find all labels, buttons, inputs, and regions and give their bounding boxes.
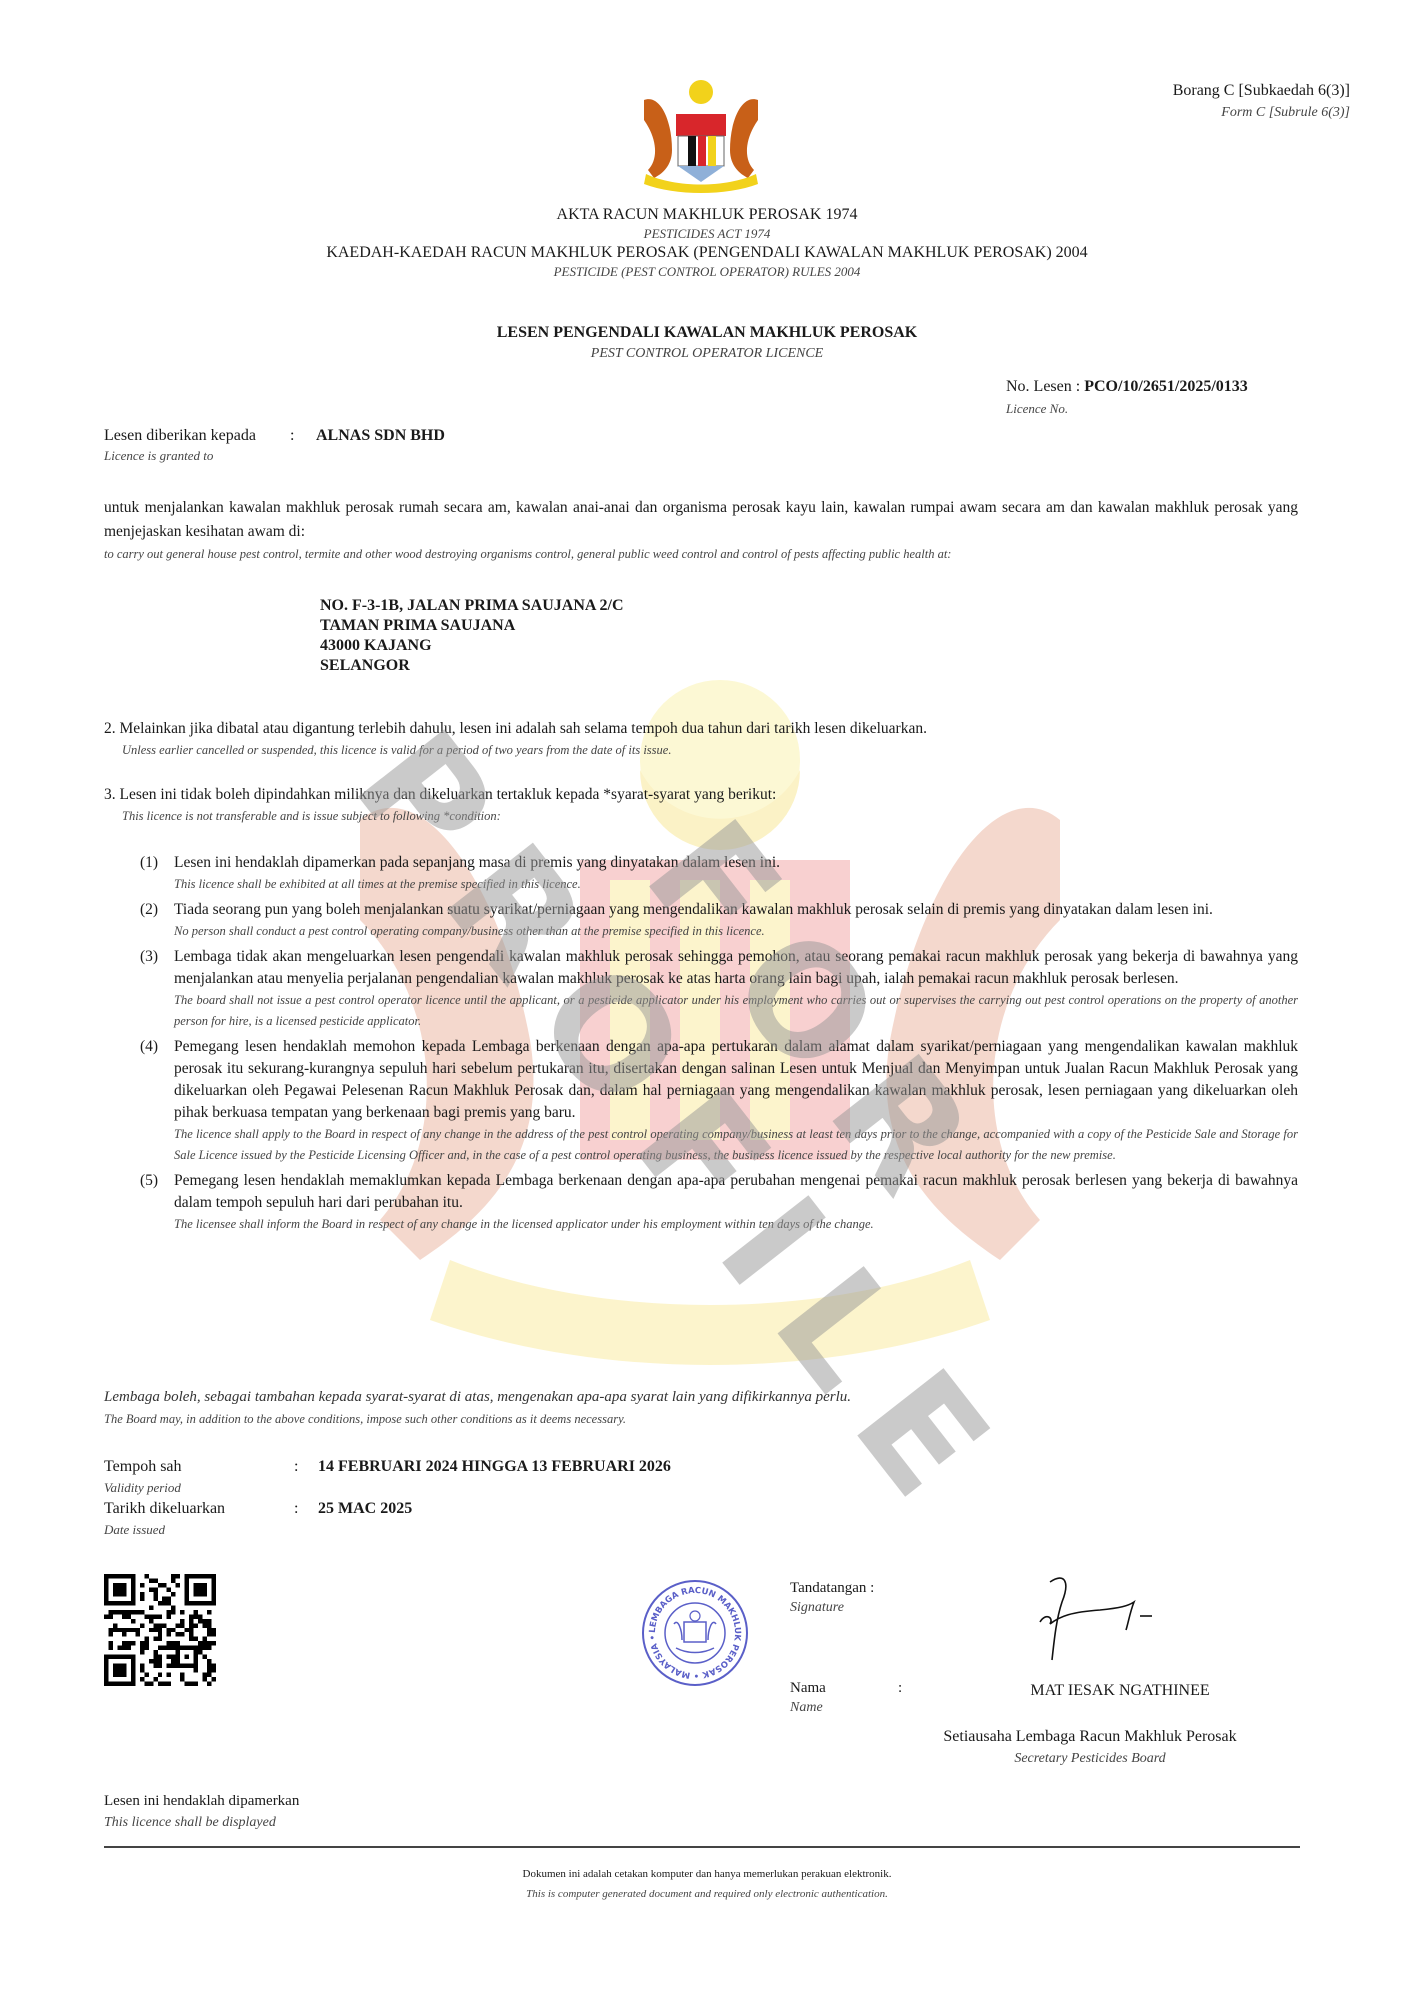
clause-2: 2. Melainkan jika dibatal atau digantung…	[104, 718, 1298, 760]
purpose-en: to carry out general house pest control,…	[104, 544, 1298, 564]
purpose: untuk menjalankan kawalan makhluk perosa…	[104, 496, 1298, 564]
address-line: NO. F-3-1B, JALAN PRIMA SAUJANA 2/C	[320, 596, 624, 616]
address-line: TAMAN PRIMA SAUJANA	[320, 616, 624, 636]
conditions-list: (1) Lesen ini hendaklah dipamerkan pada …	[140, 852, 1298, 1239]
licence-document: Borang C [Subkaedah 6(3)] Form C [Subrul…	[0, 0, 1414, 2000]
lembaga-racun-makhluk-perosak-seal-icon: LEMBAGA RACUN MAKHLUK PEROSAK • MALAYSIA…	[640, 1578, 750, 1688]
grantee-name: ALNAS SDN BHD	[316, 426, 445, 446]
issued-colon: :	[294, 1498, 318, 1520]
licence-title: LESEN PENGENDALI KAWALAN MAKHLUK PEROSAK…	[0, 322, 1414, 364]
signature-label: Tandatangan :	[790, 1578, 874, 1598]
condition-item: (1) Lesen ini hendaklah dipamerkan pada …	[140, 852, 1298, 895]
board-note-ms: Lembaga boleh, sebagai tambahan kepada s…	[104, 1386, 1298, 1408]
display-note-ms: Lesen ini hendaklah dipamerkan	[104, 1790, 299, 1812]
condition-item: (5) Pemegang lesen hendaklah memaklumkan…	[140, 1170, 1298, 1235]
licence-no-label-en: Licence No.	[1006, 398, 1248, 420]
condition-ms: Pemegang lesen hendaklah memaklumkan kep…	[174, 1172, 1298, 1211]
signer-title-ms: Setiausaha Lembaga Racun Makhluk Perosak	[880, 1726, 1300, 1748]
condition-ms: Lembaga tidak akan mengeluarkan lesen pe…	[174, 948, 1298, 987]
board-note: Lembaga boleh, sebagai tambahan kepada s…	[104, 1386, 1298, 1430]
licence-no-label: No. Lesen :	[1006, 378, 1084, 395]
form-reference: Borang C [Subkaedah 6(3)] Form C [Subrul…	[1173, 80, 1350, 124]
validity-section: Tempoh sah : 14 FEBRUARI 2024 HINGGA 13 …	[104, 1456, 671, 1540]
name-colon: :	[898, 1678, 918, 1698]
act-title-ms: AKTA RACUN MAKHLUK PEROSAK 1974	[0, 205, 1414, 225]
grantee-colon: :	[290, 426, 316, 446]
condition-en: This licence shall be exhibited at all t…	[174, 874, 1298, 895]
rules-title-en: PESTICIDE (PEST CONTROL OPERATOR) RULES …	[0, 263, 1414, 281]
licence-number: No. Lesen : PCO/10/2651/2025/0133 Licenc…	[1006, 376, 1248, 420]
name-label-en: Name	[790, 1698, 823, 1718]
clause-3-en: This licence is not transferable and is …	[104, 806, 1298, 826]
condition-ms: Lesen ini hendaklah dipamerkan pada sepa…	[174, 854, 780, 871]
signer-name: MAT IESAK NGATHINEE	[940, 1682, 1300, 1700]
issued-value: 25 MAC 2025	[318, 1498, 412, 1520]
condition-item: (4) Pemegang lesen hendaklah memohon kep…	[140, 1036, 1298, 1166]
clause-3: 3. Lesen ini tidak boleh dipindahkan mil…	[104, 784, 1298, 826]
issued-label: Tarikh dikeluarkan	[104, 1498, 294, 1520]
signer-title-en: Secretary Pesticides Board	[880, 1748, 1300, 1770]
malaysia-coat-of-arms-icon	[626, 70, 776, 195]
footer-divider	[104, 1846, 1300, 1848]
licence-no-value: PCO/10/2651/2025/0133	[1084, 378, 1248, 395]
validity-label-en: Validity period	[104, 1478, 671, 1498]
validity-label: Tempoh sah	[104, 1456, 294, 1478]
condition-ms: Pemegang lesen hendaklah memohon kepada …	[174, 1038, 1298, 1121]
act-title-en: PESTICIDES ACT 1974	[0, 225, 1414, 243]
act-titles: AKTA RACUN MAKHLUK PEROSAK 1974 PESTICID…	[0, 205, 1414, 281]
condition-en: No person shall conduct a pest control o…	[174, 921, 1298, 942]
footer: Dokumen ini adalah cetakan komputer dan …	[0, 1864, 1414, 1904]
licence-title-en: PEST CONTROL OPERATOR LICENCE	[0, 344, 1414, 364]
address-line: 43000 KAJANG	[320, 636, 624, 656]
display-note-en: This licence shall be displayed	[104, 1812, 299, 1834]
name-label: Nama	[790, 1678, 898, 1698]
condition-en: The board shall not issue a pest control…	[174, 990, 1298, 1032]
footer-ms: Dokumen ini adalah cetakan komputer dan …	[0, 1864, 1414, 1884]
form-ref-ms: Borang C [Subkaedah 6(3)]	[1173, 80, 1350, 102]
svg-text:LEMBAGA RACUN MAKHLUK PEROSAK: LEMBAGA RACUN MAKHLUK PEROSAK • MALAYSIA…	[648, 1586, 742, 1680]
clause-2-ms: 2. Melainkan jika dibatal atau digantung…	[104, 718, 1298, 740]
signature-image	[1010, 1572, 1180, 1662]
issued-label-en: Date issued	[104, 1520, 671, 1540]
purpose-ms: untuk menjalankan kawalan makhluk perosa…	[104, 496, 1298, 544]
clause-2-en: Unless earlier cancelled or suspended, t…	[104, 740, 1298, 760]
rules-title-ms: KAEDAH-KAEDAH RACUN MAKHLUK PEROSAK (PEN…	[0, 243, 1414, 263]
condition-number: (5)	[140, 1170, 174, 1235]
condition-number: (3)	[140, 946, 174, 1032]
condition-ms: Tiada seorang pun yang boleh menjalankan…	[174, 901, 1213, 918]
validity-value: 14 FEBRUARI 2024 HINGGA 13 FEBRUARI 2026	[318, 1456, 671, 1478]
board-note-en: The Board may, in addition to the above …	[104, 1408, 1298, 1430]
qr-code-icon[interactable]	[104, 1574, 216, 1686]
grantee: Lesen diberikan kepada : ALNAS SDN BHD L…	[104, 426, 445, 466]
condition-en: The licence shall apply to the Board in …	[174, 1124, 1298, 1166]
condition-number: (2)	[140, 899, 174, 942]
condition-item: (3) Lembaga tidak akan mengeluarkan lese…	[140, 946, 1298, 1032]
validity-colon: :	[294, 1456, 318, 1478]
signature-label-en: Signature	[790, 1598, 844, 1618]
condition-item: (2) Tiada seorang pun yang boleh menjala…	[140, 899, 1298, 942]
form-ref-en: Form C [Subrule 6(3)]	[1173, 102, 1350, 124]
grantee-label: Lesen diberikan kepada	[104, 426, 290, 446]
clause-3-ms: 3. Lesen ini tidak boleh dipindahkan mil…	[104, 784, 1298, 806]
premise-address: NO. F-3-1B, JALAN PRIMA SAUJANA 2/C TAMA…	[320, 596, 624, 676]
condition-number: (4)	[140, 1036, 174, 1166]
licence-title-ms: LESEN PENGENDALI KAWALAN MAKHLUK PEROSAK	[0, 322, 1414, 344]
condition-number: (1)	[140, 852, 174, 895]
display-note: Lesen ini hendaklah dipamerkan This lice…	[104, 1790, 299, 1834]
address-line: SELANGOR	[320, 656, 624, 676]
footer-en: This is computer generated document and …	[0, 1884, 1414, 1904]
condition-en: The licensee shall inform the Board in r…	[174, 1214, 1298, 1235]
signer-title: Setiausaha Lembaga Racun Makhluk Perosak…	[880, 1726, 1300, 1770]
grantee-label-en: Licence is granted to	[104, 446, 445, 466]
